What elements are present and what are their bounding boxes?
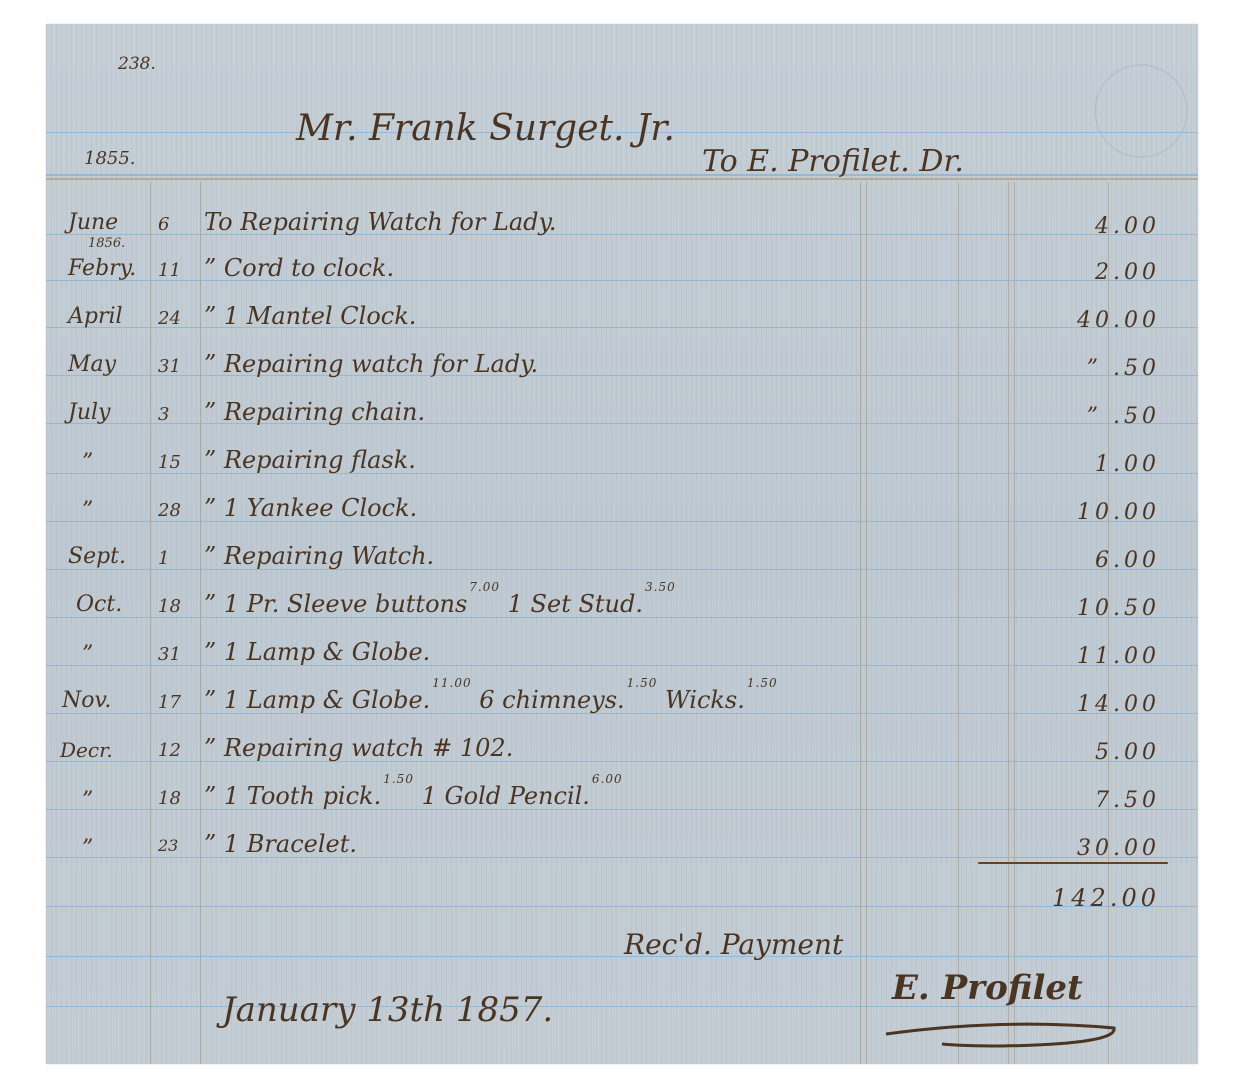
item-gold-pencil: 1 Gold Pencil. — [414, 782, 590, 810]
entry-description: ” 1 Pr. Sleeve buttons7.00 1 Set Stud.3.… — [204, 590, 676, 618]
entry-day: 11 — [158, 260, 198, 281]
entry-amount: 30.00 — [1020, 836, 1160, 861]
column-rule — [860, 182, 861, 1064]
entry-month-ditto: ” — [82, 498, 162, 523]
entry-amount: 10.50 — [1020, 596, 1160, 621]
entry-description: ” 1 Tooth pick.1.50 1 Gold Pencil.6.00 — [204, 782, 623, 810]
creditor-line: To E. Profilet. Dr. — [702, 144, 964, 179]
received-payment-text: Rec'd. Payment — [624, 928, 843, 961]
item-chimneys: 6 chimneys. — [472, 686, 625, 714]
entry-month: Febry. — [68, 256, 148, 281]
entry-month: June — [68, 210, 148, 235]
entry-description: ” Repairing watch # 102. — [204, 734, 513, 762]
entry-month: Nov. — [62, 688, 142, 713]
customer-name: Mr. Frank Surget. Jr. — [296, 108, 675, 149]
item-subprice: 1.50 — [383, 772, 414, 786]
column-rule-amount — [1008, 182, 1009, 1064]
entry-day: 31 — [158, 644, 198, 665]
entry-amount: 2.00 — [1020, 260, 1160, 285]
entry-description: To Repairing Watch for Lady. — [204, 208, 557, 236]
item-subprice: 1.50 — [747, 676, 778, 690]
ruled-line — [46, 956, 1198, 957]
entry-amount: 1.00 — [1020, 452, 1160, 477]
item-subprice: 6.00 — [592, 772, 623, 786]
entry-month: Decr. — [60, 738, 140, 762]
item-tooth-pick: ” 1 Tooth pick. — [204, 782, 381, 810]
entry-description: ” 1 Yankee Clock. — [204, 494, 417, 522]
entry-amount: 11.00 — [1020, 644, 1160, 669]
entry-description: ” 1 Bracelet. — [204, 830, 357, 858]
column-rule-amount — [1014, 182, 1015, 1064]
entry-month-ditto: ” — [82, 642, 162, 667]
entry-description: ” 1 Lamp & Globe.11.00 6 chimneys.1.50 W… — [204, 686, 778, 714]
entry-day: 6 — [158, 214, 198, 235]
entry-month: April — [68, 304, 148, 329]
signature: E. Profilet — [892, 968, 1083, 1008]
header-rule-blue — [46, 174, 1198, 176]
entry-amount: 7.50 — [1020, 788, 1160, 813]
entry-year-note: 1856. — [88, 236, 125, 251]
receipt-date: January 13th 1857. — [222, 990, 553, 1030]
entry-day: 15 — [158, 452, 198, 473]
header-rule-tan — [46, 178, 1198, 180]
entry-day: 18 — [158, 788, 198, 809]
entry-day: 18 — [158, 596, 198, 617]
entry-description: ” 1 Mantel Clock. — [204, 302, 416, 330]
column-rule — [866, 182, 867, 1064]
entry-month: Sept. — [68, 544, 148, 569]
column-rule-day — [200, 182, 201, 1064]
item-subprice: 11.00 — [432, 676, 471, 690]
entry-month: May — [68, 352, 148, 377]
entry-day: 31 — [158, 356, 198, 377]
entry-day: 28 — [158, 500, 198, 521]
embossed-seal — [1094, 64, 1188, 158]
item-subprice: 7.00 — [469, 580, 500, 594]
entry-day: 12 — [158, 740, 198, 761]
entry-day: 24 — [158, 308, 198, 329]
year-header: 1855. — [84, 148, 136, 169]
entry-month-ditto: ” — [82, 450, 162, 475]
item-set-stud: 1 Set Stud. — [500, 590, 643, 618]
item-subprice: 3.50 — [645, 580, 676, 594]
entry-month-ditto: ” — [82, 836, 162, 861]
entry-description: ” Cord to clock. — [204, 254, 394, 282]
entry-amount: 10.00 — [1020, 500, 1160, 525]
entry-month: July — [68, 400, 148, 425]
entry-description: ” Repairing watch for Lady. — [204, 350, 538, 378]
entry-description: ” Repairing Watch. — [204, 542, 434, 570]
entry-amount: 5.00 — [1020, 740, 1160, 765]
item-sleeve-buttons: ” 1 Pr. Sleeve buttons — [204, 590, 467, 618]
item-subprice: 1.50 — [627, 676, 658, 690]
column-rule — [958, 182, 959, 1064]
entry-description: ” 1 Lamp & Globe. — [204, 638, 430, 666]
item-wicks: Wicks. — [657, 686, 744, 714]
invoice-paper: 238. 1855. Mr. Frank Surget. Jr. To E. P… — [46, 24, 1198, 1064]
entry-amount: 4.00 — [1020, 214, 1160, 239]
entry-amount: 14.00 — [1020, 692, 1160, 717]
signature-flourish — [882, 1014, 1122, 1054]
entry-amount: ” .50 — [1020, 356, 1160, 381]
entry-day: 17 — [158, 692, 198, 713]
item-lamp-globe: ” 1 Lamp & Globe. — [204, 686, 430, 714]
entry-month: Oct. — [76, 592, 156, 617]
page-number: 238. — [118, 54, 156, 74]
column-rule-date — [150, 182, 151, 1064]
entry-day: 23 — [158, 836, 198, 855]
entry-day: 3 — [158, 404, 198, 425]
entry-description: ” Repairing flask. — [204, 446, 416, 474]
total-amount: 142.00 — [1020, 884, 1160, 912]
entry-amount: 40.00 — [1020, 308, 1160, 333]
entry-amount: ” .50 — [1020, 404, 1160, 429]
total-underline — [978, 862, 1168, 864]
entry-description: ” Repairing chain. — [204, 398, 425, 426]
entry-amount: 6.00 — [1020, 548, 1160, 573]
entry-day: 1 — [158, 548, 198, 569]
entry-month-ditto: ” — [82, 788, 162, 813]
